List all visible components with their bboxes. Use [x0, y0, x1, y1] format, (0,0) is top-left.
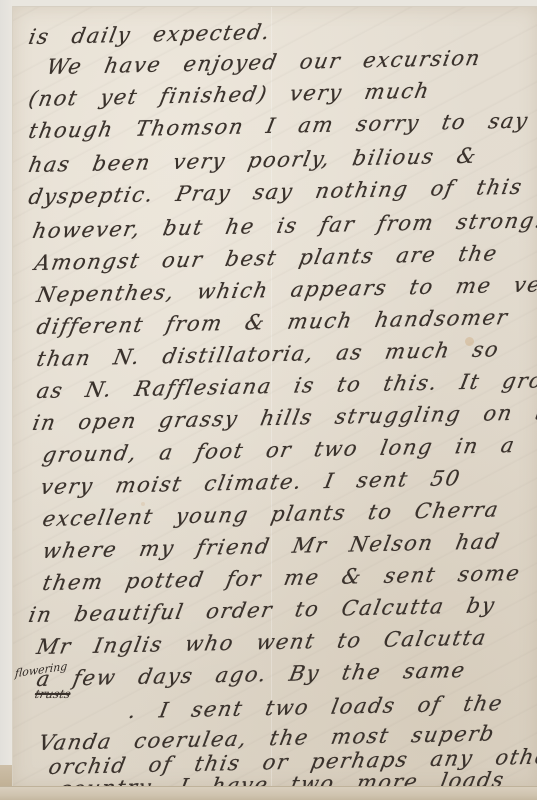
text-line: very moist climate. I sent 50	[39, 466, 463, 499]
text-line: different from & much handsomer	[35, 305, 511, 339]
page-bottom-edge	[0, 786, 537, 800]
text-line: in open grassy hills struggling on the	[31, 400, 537, 435]
text-line: though Thomson I am sorry to say	[27, 108, 531, 143]
text-line: has been very poorly, bilious &	[27, 144, 480, 177]
text-line: a few days ago. By the same	[35, 658, 468, 691]
text-line: . I sent two loads of the	[127, 691, 506, 723]
text-line: We have enjoyed our excursion	[45, 46, 484, 79]
letter-page: is daily expected. We have enjoyed our e…	[12, 6, 537, 787]
text-line: Mr Inglis who went to Calcutta	[35, 626, 489, 660]
scanned-manuscript: is daily expected. We have enjoyed our e…	[0, 0, 537, 800]
text-line: dyspeptic. Pray say nothing of this	[27, 175, 525, 209]
text-line: is daily expected.	[27, 20, 273, 49]
text-line: Nepenthes, which appears to me very	[35, 272, 537, 307]
text-line: in beautiful order to Calcutta by	[27, 593, 498, 627]
text-line: ground, a foot or two long in a	[41, 433, 518, 467]
text-line: Amongst our best plants are the	[33, 241, 500, 275]
text-line: as N. Rafflesiana is to this. It grows	[35, 368, 537, 403]
text-line: where my friend Mr Nelson had	[41, 529, 503, 563]
text-line: than N. distillatoria, as much so	[35, 337, 502, 371]
text-line: (not yet finished) very much	[27, 79, 433, 112]
struck-out-word: trusts	[34, 687, 72, 701]
text-line: however, but he is far from strong.	[31, 208, 537, 243]
text-line: excellent young plants to Cherra	[41, 497, 502, 531]
scan-background-strip	[0, 0, 12, 800]
text-line: them potted for me & sent some	[41, 561, 523, 595]
